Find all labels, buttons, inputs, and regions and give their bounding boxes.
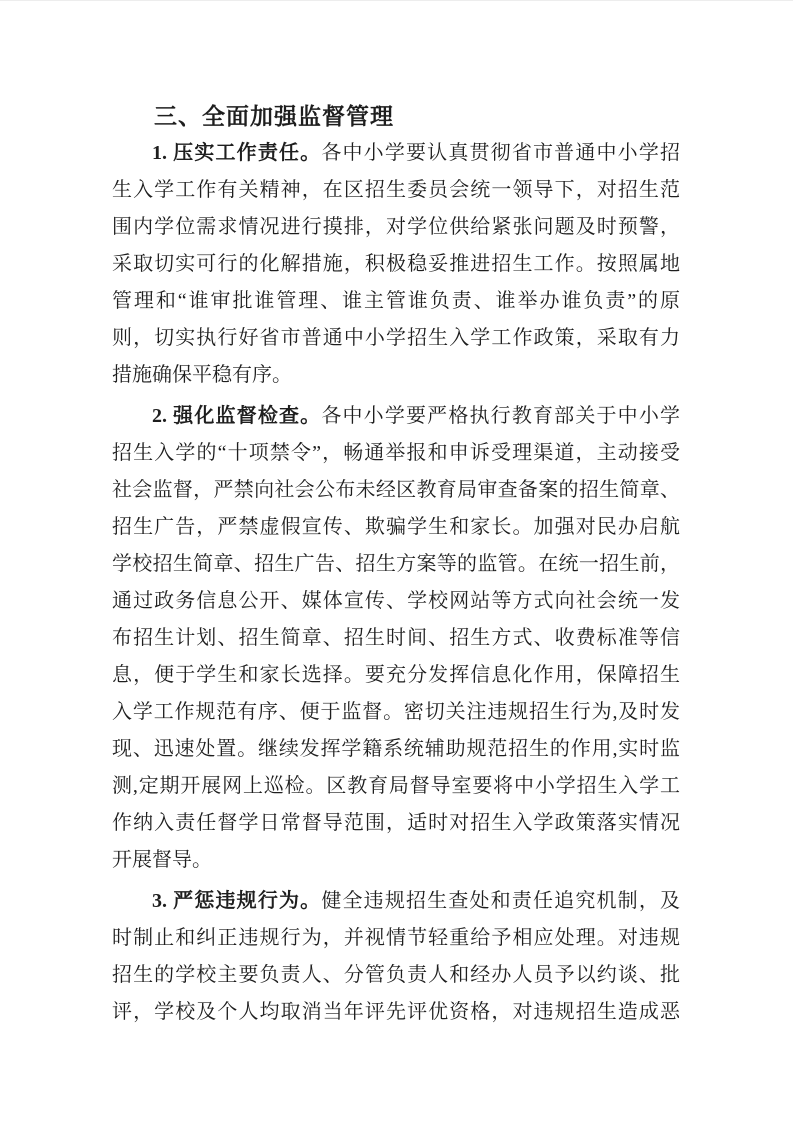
text-line: 学校招生简章、招生广告、招生方案等的监管。在统一招生前， (112, 546, 680, 583)
paragraph-lead: 3. 严惩违规行为。 (152, 890, 321, 912)
paragraph: 2. 强化监督检查。各中小学要严格执行教育部关于中小学招生入学的“十项禁令”，畅… (112, 398, 680, 879)
text-line: 时制止和纠正违规行为，并视情节轻重给予相应处理。对违规 (112, 920, 680, 957)
text-line: 评，学校及个人均取消当年评先评优资格，对违规招生造成恶 (112, 994, 680, 1031)
text-line: 社会监督，严禁向社会公布未经区教育局审查备案的招生简章、 (112, 472, 680, 509)
text-line: 管理和“谁审批谁管理、谁主管谁负责、谁举办谁负责”的原 (112, 283, 680, 320)
text-line: 招生的学校主要负责人、分管负责人和经办人员予以约谈、批 (112, 957, 680, 994)
text-line: 采取切实可行的化解措施，积极稳妥推进招生工作。按照属地 (112, 246, 680, 283)
document-page: 三、全面加强监督管理 1. 压实工作责任。各中小学要认真贯彻省市普通中小学招生入… (0, 0, 793, 1122)
section-heading: 三、全面加强监督管理 (112, 98, 680, 135)
text-line: 开展督导。 (112, 842, 680, 879)
text-line: 入学工作规范有序、便于监督。密切关注违规招生行为,及时发 (112, 694, 680, 731)
text-line: 现、迅速处置。继续发挥学籍系统辅助规范招生的作用,实时监 (112, 731, 680, 768)
paragraph-lead: 1. 压实工作责任。 (152, 142, 321, 164)
text-line: 围内学位需求情况进行摸排，对学位供给紧张问题及时预警， (112, 209, 680, 246)
paragraph-text: 各中小学要严格执行教育部关于中小学 (321, 405, 680, 427)
text-line: 措施确保平稳有序。 (112, 357, 680, 394)
paragraphs: 1. 压实工作责任。各中小学要认真贯彻省市普通中小学招生入学工作有关精神，在区招… (112, 135, 680, 1031)
paragraph: 3. 严惩违规行为。健全违规招生查处和责任追究机制，及时制止和纠正违规行为，并视… (112, 883, 680, 1031)
paragraph-lead: 2. 强化监督检查。 (152, 405, 321, 427)
text-line: 测,定期开展网上巡检。区教育局督导室要将中小学招生入学工 (112, 768, 680, 805)
text-line: 则，切实执行好省市普通中小学招生入学工作政策，采取有力 (112, 320, 680, 357)
text-line: 生入学工作有关精神，在区招生委员会统一领导下，对招生范 (112, 172, 680, 209)
text-line: 息，便于学生和家长选择。要充分发挥信息化作用，保障招生 (112, 657, 680, 694)
document-content: 三、全面加强监督管理 1. 压实工作责任。各中小学要认真贯彻省市普通中小学招生入… (112, 98, 680, 1031)
text-line: 2. 强化监督检查。各中小学要严格执行教育部关于中小学 (112, 398, 680, 435)
text-line: 招生入学的“十项禁令”，畅通举报和申诉受理渠道，主动接受 (112, 435, 680, 472)
text-line: 3. 严惩违规行为。健全违规招生查处和责任追究机制，及 (112, 883, 680, 920)
text-line: 作纳入责任督学日常督导范围，适时对招生入学政策落实情况 (112, 805, 680, 842)
text-line: 布招生计划、招生简章、招生时间、招生方式、收费标准等信 (112, 620, 680, 657)
paragraph: 1. 压实工作责任。各中小学要认真贯彻省市普通中小学招生入学工作有关精神，在区招… (112, 135, 680, 394)
text-line: 通过政务信息公开、媒体宣传、学校网站等方式向社会统一发 (112, 583, 680, 620)
text-line: 招生广告，严禁虚假宣传、欺骗学生和家长。加强对民办启航 (112, 509, 680, 546)
paragraph-text: 各中小学要认真贯彻省市普通中小学招 (321, 142, 680, 164)
paragraph-text: 健全违规招生查处和责任追究机制，及 (321, 890, 680, 912)
text-line: 1. 压实工作责任。各中小学要认真贯彻省市普通中小学招 (112, 135, 680, 172)
